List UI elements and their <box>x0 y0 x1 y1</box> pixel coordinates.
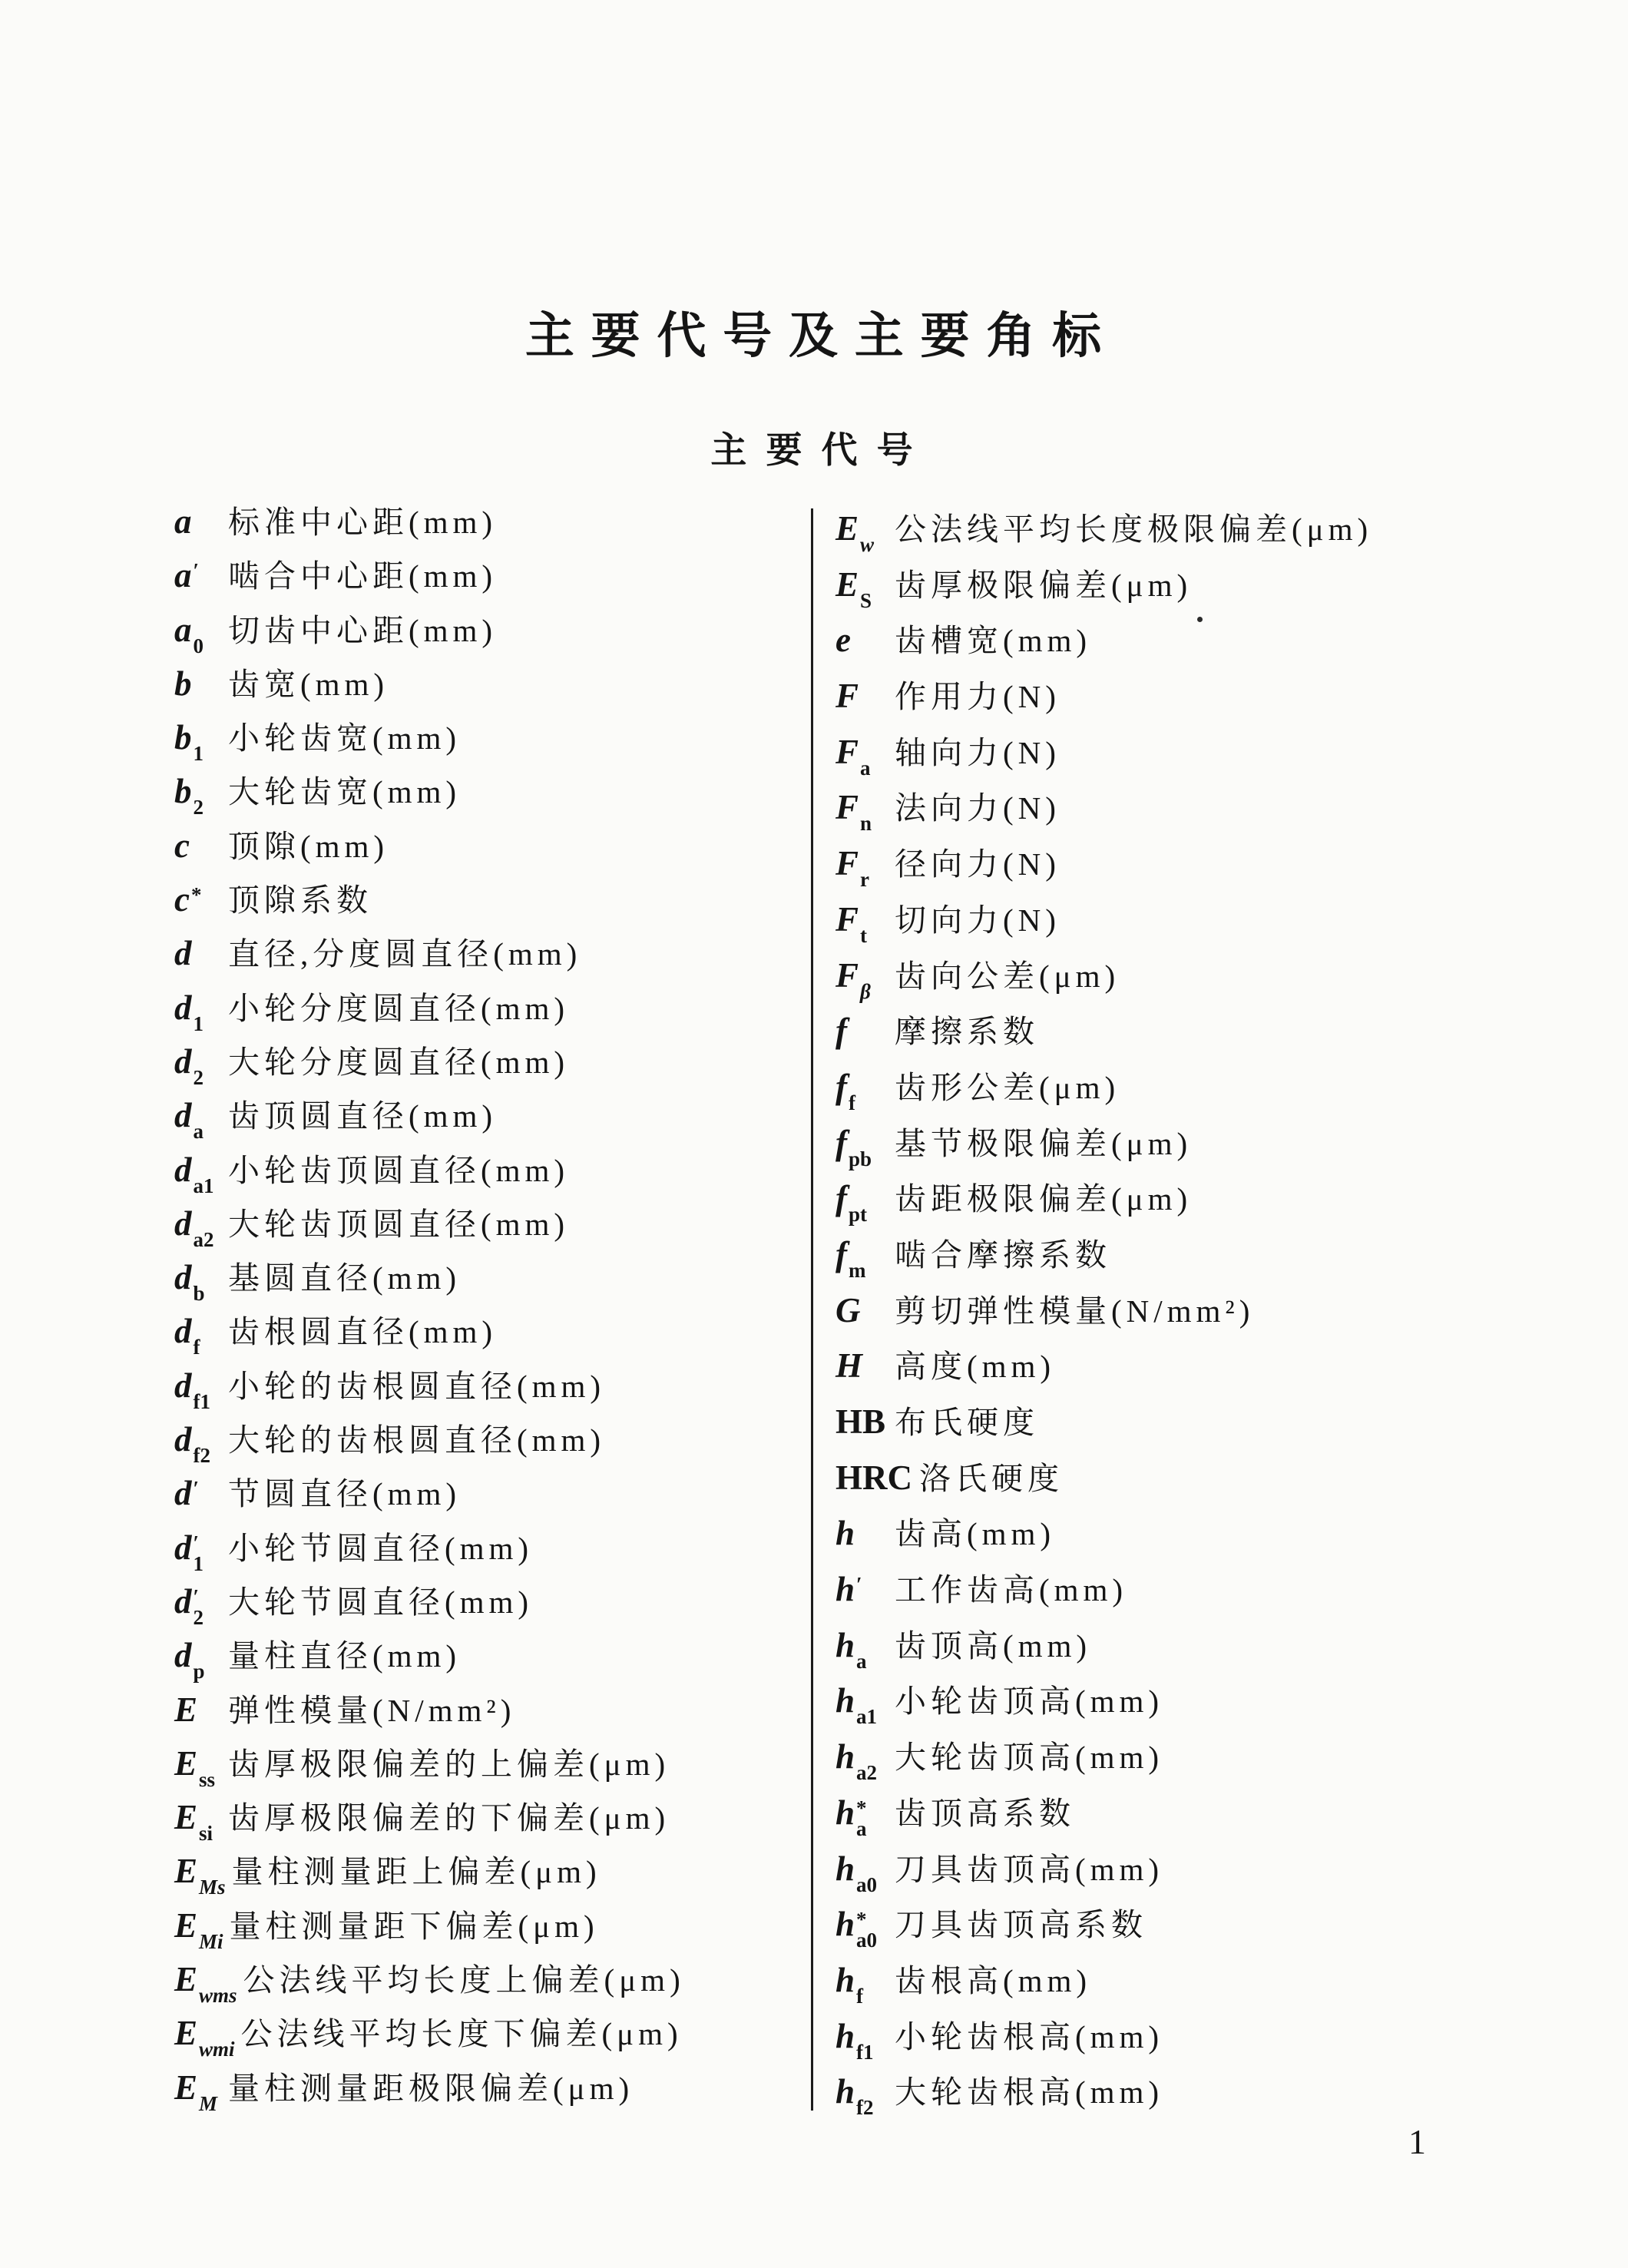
symbol: f <box>836 1014 888 1048</box>
symbol-base: E <box>174 2014 197 2052</box>
symbol-description: 顶隙(mm) <box>228 829 389 864</box>
symbol: Ew <box>836 512 888 555</box>
symbol-subscript: f2 <box>194 1445 211 1466</box>
symbol-subscript: 0 <box>194 636 204 657</box>
symbol-row: h*a0刀具齿顶高系数 <box>836 1897 1542 1953</box>
symbol-subscript: f2 <box>856 2097 874 2118</box>
symbol: h*a <box>836 1796 888 1839</box>
symbol-row: df2大轮的齿根圆直径(mm) <box>174 1413 813 1467</box>
symbol: b1 <box>174 720 222 764</box>
symbol-description: 小轮的齿根圆直径(mm) <box>228 1369 605 1404</box>
symbol: HRC <box>836 1461 912 1495</box>
symbol-base: d <box>174 1636 192 1674</box>
symbol-subscript: a0 <box>856 1875 877 1896</box>
symbol-row: dp量柱直径(mm) <box>174 1629 813 1683</box>
symbol: Fn <box>836 790 888 834</box>
symbol-base: F <box>836 956 859 995</box>
symbol-superscript <box>194 1641 205 1661</box>
symbol-base: h <box>836 1905 855 1943</box>
symbol-base: E <box>174 1690 197 1729</box>
symbol: HB <box>836 1405 888 1439</box>
symbol-superscript: ′ <box>856 1574 862 1595</box>
symbol-row: hf2大轮齿根高(mm) <box>836 2064 1542 2121</box>
symbol: EMs <box>174 1854 226 1898</box>
symbol: df2 <box>174 1422 222 1466</box>
symbol-description: 公法线平均长度上偏差(μm) <box>243 1962 685 1998</box>
symbol-description: 顶隙系数 <box>228 882 372 918</box>
symbol-description: 基节极限偏差(μm) <box>895 1126 1192 1161</box>
symbol-superscript <box>856 2077 874 2097</box>
symbol-base: E <box>174 1744 197 1783</box>
symbol: b2 <box>174 774 222 818</box>
symbol-scripts: 2 <box>194 1047 204 1088</box>
symbol-superscript <box>199 1803 213 1823</box>
symbol-scripts: wms <box>199 1965 237 2006</box>
symbol-scripts: f <box>849 1072 855 1114</box>
symbol: EM <box>174 2071 222 2114</box>
symbol-description: 弹性模量(N/mm²) <box>228 1693 515 1728</box>
page-title: 主 要 代 号 及 主 要 角 标 <box>0 309 1628 363</box>
symbol-description: 齿厚极限偏差(μm) <box>895 568 1192 603</box>
symbol-description: 量柱测量距下偏差(μm) <box>230 1909 599 1944</box>
symbol: ha2 <box>836 1740 888 1783</box>
symbol-subscript: wmi <box>199 2039 235 2060</box>
symbol-superscript <box>194 1101 204 1121</box>
symbol: ha0 <box>836 1852 888 1896</box>
symbol-row: Esi齿厚极限偏差的下偏差(μm) <box>174 1791 813 1845</box>
symbol-superscript: ′ <box>194 1587 204 1607</box>
symbol-subscript: 1 <box>194 743 204 764</box>
symbol-superscript <box>199 1856 226 1877</box>
symbol-base: c <box>174 826 190 865</box>
symbol-subscript: a1 <box>194 1176 214 1197</box>
symbol-superscript <box>860 793 872 813</box>
symbol-base: h <box>836 1514 855 1552</box>
symbol-scripts: pt <box>849 1184 867 1225</box>
symbol-scripts: w <box>860 514 874 555</box>
symbol-row: d′2大轮节圆直径(mm) <box>174 1575 813 1629</box>
symbol-row: df1小轮的齿根圆直径(mm) <box>174 1359 813 1413</box>
symbol-row: F作用力(N) <box>836 669 1542 725</box>
symbol-base: f <box>836 1235 847 1273</box>
symbol-scripts: Ms <box>199 1856 226 1898</box>
symbol-subscript <box>194 581 200 602</box>
symbol-description: 摩擦系数 <box>895 1014 1039 1049</box>
symbol: fpb <box>836 1126 888 1170</box>
symbol-subscript: m <box>849 1260 866 1281</box>
symbol-subscript: a2 <box>856 1763 877 1783</box>
symbol: h <box>836 1516 888 1551</box>
symbol-superscript <box>199 2018 235 2039</box>
symbol-description: 切齿中心距(mm) <box>228 613 497 648</box>
symbol-base: H <box>836 1346 862 1385</box>
symbol: d2 <box>174 1045 222 1088</box>
symbol-row: h′工作齿高(mm) <box>836 1562 1542 1618</box>
symbol-scripts: 0 <box>194 615 204 657</box>
symbol-description: 高度(mm) <box>895 1349 1055 1384</box>
symbol-superscript <box>199 1749 215 1770</box>
symbol: Fβ <box>836 959 888 1002</box>
symbol-description: 大轮齿宽(mm) <box>228 774 461 810</box>
symbol-subscript: M <box>199 2094 217 2114</box>
symbol-row: EM量柱测量距极限偏差(μm) <box>174 2061 813 2115</box>
symbol-list-right-column: Ew公法线平均长度极限偏差(μm)ES齿厚极限偏差(μm)e齿槽宽(mm)F作用… <box>836 502 1542 2121</box>
symbol-row: ff齿形公差(μm) <box>836 1060 1542 1116</box>
symbol-description: 齿顶圆直径(mm) <box>228 1098 497 1134</box>
symbol-scripts: f1 <box>856 2021 874 2063</box>
symbol-subscript: a <box>860 758 871 779</box>
symbol-subscript: b <box>194 1283 205 1304</box>
symbol-list-left-column: a标准中心距(mm)a′啮合中心距(mm)a0切齿中心距(mm)b齿宽(mm)b… <box>174 495 813 2115</box>
symbol-superscript <box>199 2073 217 2094</box>
symbol-row: ha齿顶高(mm) <box>836 1618 1542 1674</box>
symbol-superscript: * <box>856 1798 867 1819</box>
symbol: a′ <box>174 558 222 602</box>
symbol-scripts: 1 <box>194 993 204 1035</box>
symbol-subscript: Ms <box>199 1877 226 1898</box>
symbol-subscript: f1 <box>856 2042 874 2063</box>
symbol-description: 大轮齿顶圆直径(mm) <box>228 1207 569 1242</box>
symbol-description: 直径,分度圆直径(mm) <box>228 936 581 972</box>
symbol-subscript: a1 <box>856 1707 877 1727</box>
symbol-scripts: β <box>860 961 871 1002</box>
symbol-base: a <box>174 611 192 649</box>
symbol-base: d <box>174 1366 192 1405</box>
symbol-base: h <box>836 2072 855 2111</box>
symbol-row: Ess齿厚极限偏差的上偏差(μm) <box>174 1737 813 1791</box>
symbol-scripts: ′2 <box>194 1587 204 1628</box>
symbol-subscript: 1 <box>194 1014 204 1035</box>
symbol: E <box>174 1693 222 1727</box>
symbol-scripts: f2 <box>194 1425 211 1466</box>
symbol-subscript: w <box>860 535 874 555</box>
symbol-description: 小轮节圆直径(mm) <box>228 1531 533 1566</box>
symbol-base: E <box>174 1960 197 1998</box>
symbol-description: 小轮齿顶圆直径(mm) <box>228 1153 569 1188</box>
symbol: Fr <box>836 846 888 890</box>
symbol-subscript: f1 <box>194 1392 211 1412</box>
symbol-superscript <box>194 1371 211 1392</box>
symbol-scripts: f1 <box>194 1371 211 1412</box>
symbol-base: F <box>836 788 859 826</box>
symbol: Ewms <box>174 1962 237 2006</box>
symbol: G <box>836 1293 888 1328</box>
symbol: H <box>836 1349 888 1383</box>
symbol-superscript <box>199 1911 223 1932</box>
symbol-description: 法向力(N) <box>895 790 1061 826</box>
symbol-base: h <box>836 1737 855 1776</box>
symbol-description: 小轮齿顶高(mm) <box>895 1684 1163 1719</box>
symbol-description: 齿槽宽(mm) <box>895 623 1091 658</box>
symbol-row: b2大轮齿宽(mm) <box>174 765 813 819</box>
symbol-subscript: 2 <box>194 797 204 818</box>
symbol-base: d <box>174 1096 192 1134</box>
symbol-scripts: a1 <box>194 1155 214 1197</box>
symbol-base: f <box>836 1068 847 1106</box>
symbol: d1 <box>174 991 222 1035</box>
symbol-base: F <box>836 900 859 939</box>
symbol-description: 齿根圆直径(mm) <box>228 1314 497 1349</box>
symbol-subscript <box>191 906 202 926</box>
symbol: h′ <box>836 1572 888 1616</box>
symbol-description: 公法线平均长度下偏差(μm) <box>241 2016 683 2051</box>
symbol: Ft <box>836 902 888 946</box>
symbol-description: 标准中心距(mm) <box>228 505 497 540</box>
symbol-superscript <box>194 776 204 797</box>
symbol-base: d <box>174 988 192 1027</box>
symbol-description: 齿宽(mm) <box>228 667 389 702</box>
section-subtitle: 主 要 代 号 <box>0 430 1628 470</box>
symbol-base: h <box>836 1849 855 1888</box>
symbol-description: 齿距极限偏差(μm) <box>895 1181 1192 1217</box>
symbol-row: d1小轮分度圆直径(mm) <box>174 982 813 1035</box>
symbol-description: 量柱测量距上偏差(μm) <box>232 1854 601 1889</box>
symbol-description: 大轮齿顶高(mm) <box>895 1740 1163 1775</box>
symbol-superscript <box>856 2021 874 2042</box>
symbol-row: fpt齿距极限偏差(μm) <box>836 1171 1542 1227</box>
symbol-superscript: * <box>191 885 202 906</box>
symbol: b <box>174 667 222 701</box>
symbol-superscript <box>849 1072 855 1093</box>
symbol-superscript <box>860 905 867 925</box>
symbol-row: Fβ齿向公差(μm) <box>836 949 1542 1005</box>
symbol-subscript: 1 <box>194 1554 204 1574</box>
symbol-base: HB <box>836 1402 885 1441</box>
symbol-scripts: a1 <box>856 1686 877 1727</box>
symbol-description: 洛氏硬度 <box>919 1461 1064 1496</box>
symbol-subscript <box>856 1595 862 1616</box>
symbol-row: H高度(mm) <box>836 1339 1542 1395</box>
symbol-subscript: a2 <box>194 1230 214 1250</box>
symbol-row: G剪切弹性模量(N/mm²) <box>836 1283 1542 1339</box>
symbol-base: h <box>836 2017 855 2055</box>
symbol-description: 齿形公差(μm) <box>895 1070 1120 1105</box>
symbol-row: df齿根圆直径(mm) <box>174 1305 813 1359</box>
symbol-subscript: ss <box>199 1770 215 1790</box>
symbol-row: db基圆直径(mm) <box>174 1251 813 1305</box>
symbol-scripts: a2 <box>856 1742 877 1783</box>
symbol-superscript <box>194 615 204 636</box>
symbol-row: HB布氏硬度 <box>836 1395 1542 1451</box>
symbol: c <box>174 829 222 863</box>
symbol-scripts: a <box>194 1101 204 1142</box>
symbol-base: b <box>174 718 192 757</box>
symbol-row: h齿高(mm) <box>836 1506 1542 1562</box>
symbol-description: 工作齿高(mm) <box>895 1572 1127 1607</box>
symbol-subscript: 2 <box>194 1607 204 1628</box>
symbol-base: b <box>174 772 192 810</box>
symbol-superscript <box>199 1965 237 1985</box>
symbol-subscript: pb <box>849 1149 872 1170</box>
symbol-base: a <box>174 502 192 541</box>
symbol: d′2 <box>174 1584 222 1628</box>
symbol-superscript <box>194 1263 205 1283</box>
symbol: da1 <box>174 1153 222 1197</box>
symbol-row: EMi量柱测量距下偏差(μm) <box>174 1899 813 1953</box>
symbol-row: E弹性模量(N/mm²) <box>174 1684 813 1737</box>
symbol-base: E <box>836 565 859 604</box>
symbol-scripts: *a0 <box>856 1909 877 1951</box>
symbol-subscript: S <box>860 591 872 611</box>
symbol-base: G <box>836 1291 861 1329</box>
symbol: ha1 <box>836 1684 888 1727</box>
symbol-base: d <box>174 1528 192 1567</box>
symbol-subscript: f <box>194 1337 200 1358</box>
symbol-row: d直径,分度圆直径(mm) <box>174 927 813 981</box>
symbol-row: EMs量柱测量距上偏差(μm) <box>174 1845 813 1899</box>
symbol-scripts: m <box>849 1240 866 1281</box>
symbol-description: 啮合摩擦系数 <box>895 1237 1111 1273</box>
symbol-scripts: f2 <box>856 2077 874 2118</box>
symbol-description: 小轮齿根高(mm) <box>895 2019 1163 2054</box>
symbol-base: F <box>836 844 859 882</box>
symbol-row: ha1小轮齿顶高(mm) <box>836 1674 1542 1730</box>
symbol-base: f <box>836 1011 847 1050</box>
symbol-superscript <box>849 1128 872 1149</box>
symbol-row: Fr径向力(N) <box>836 836 1542 892</box>
symbol-row: h*a齿顶高系数 <box>836 1786 1542 1842</box>
symbol-base: E <box>174 2068 197 2107</box>
symbol-base: f <box>836 1124 847 1162</box>
symbol-superscript <box>860 961 871 982</box>
symbol: da2 <box>174 1207 222 1250</box>
symbol-base: h <box>836 1681 855 1720</box>
symbol-description: 剪切弹性模量(N/mm²) <box>895 1293 1254 1329</box>
symbol: db <box>174 1260 222 1304</box>
symbol-subscript: n <box>860 813 872 834</box>
symbol-scripts: a0 <box>856 1854 877 1896</box>
symbol-superscript <box>856 1854 877 1875</box>
symbol-base: d <box>174 1582 192 1621</box>
symbol-description: 轴向力(N) <box>895 735 1061 770</box>
symbol-superscript <box>849 1184 867 1204</box>
scan-artifact-dot <box>1197 617 1203 622</box>
symbol-base: h <box>836 1793 855 1832</box>
symbol-row: Ew公法线平均长度极限偏差(μm) <box>836 502 1542 558</box>
symbol-base: b <box>174 664 192 703</box>
symbol-scripts: * <box>191 885 202 926</box>
symbol-superscript <box>194 1425 211 1445</box>
symbol-description: 量柱测量距极限偏差(μm) <box>228 2071 634 2106</box>
symbol: d <box>174 936 222 971</box>
symbol: a0 <box>174 613 222 657</box>
symbol-scripts: n <box>860 793 872 834</box>
symbol-description: 节圆直径(mm) <box>228 1476 461 1511</box>
symbol-base: d <box>174 1204 192 1243</box>
symbol-scripts: r <box>860 849 869 890</box>
symbol-row: a标准中心距(mm) <box>174 495 813 549</box>
symbol: hf <box>836 1963 888 2007</box>
symbol-superscript <box>194 1155 214 1176</box>
symbol-scripts: wmi <box>199 2018 235 2060</box>
symbol-row: b齿宽(mm) <box>174 657 813 711</box>
symbol: c* <box>174 882 222 926</box>
symbol-superscript <box>860 849 869 869</box>
symbol-subscript: 2 <box>194 1068 204 1088</box>
symbol-row: a0切齿中心距(mm) <box>174 604 813 657</box>
symbol-row: da2大轮齿顶圆直径(mm) <box>174 1197 813 1251</box>
symbol-description: 公法线平均长度极限偏差(μm) <box>895 512 1372 547</box>
symbol-scripts: p <box>194 1641 205 1682</box>
symbol-base: d <box>174 934 192 972</box>
symbol-row: Fn法向力(N) <box>836 780 1542 836</box>
symbol: fm <box>836 1237 888 1281</box>
symbol: d′1 <box>174 1531 222 1574</box>
symbol-description: 齿向公差(μm) <box>895 959 1120 994</box>
symbol-description: 径向力(N) <box>895 846 1061 882</box>
symbol-subscript: si <box>199 1823 213 1844</box>
symbol-subscript: a <box>856 1819 867 1839</box>
symbol-description: 大轮分度圆直径(mm) <box>228 1045 569 1080</box>
symbol-subscript: β <box>860 982 871 1002</box>
symbol-row: fm啮合摩擦系数 <box>836 1227 1542 1283</box>
symbol-description: 齿厚极限偏差的下偏差(μm) <box>228 1800 670 1836</box>
symbol-subscript: pt <box>849 1204 867 1225</box>
symbol-scripts: S <box>860 570 872 611</box>
symbol-superscript: ′ <box>194 1478 200 1499</box>
symbol-superscript <box>194 993 204 1014</box>
document-page: 主 要 代 号 及 主 要 角 标 主 要 代 号 a标准中心距(mm)a′啮合… <box>0 0 1628 2268</box>
symbol-subscript: wms <box>199 1985 237 2006</box>
symbol-description: 小轮分度圆直径(mm) <box>228 991 569 1026</box>
symbol-base: E <box>174 1798 197 1836</box>
symbol-row: e齿槽宽(mm) <box>836 613 1542 669</box>
symbol: df <box>174 1314 222 1358</box>
symbol-base: E <box>174 1852 197 1890</box>
symbol-description: 大轮节圆直径(mm) <box>228 1584 533 1620</box>
symbol-scripts: a <box>860 737 871 779</box>
symbol-scripts: ′ <box>194 1478 200 1520</box>
symbol-description: 布氏硬度 <box>895 1405 1039 1440</box>
symbol-description: 基圆直径(mm) <box>228 1260 461 1296</box>
symbol-base: d <box>174 1312 192 1350</box>
symbol-base: d <box>174 1474 192 1512</box>
symbol-description: 齿根高(mm) <box>895 1963 1091 1998</box>
symbol-superscript <box>860 570 872 591</box>
symbol-description: 大轮的齿根圆直径(mm) <box>228 1422 605 1458</box>
symbol-superscript <box>194 1209 214 1230</box>
symbol-superscript <box>856 1686 877 1707</box>
symbol-superscript: ′ <box>194 1533 204 1554</box>
symbol-superscript <box>860 737 871 758</box>
symbol-subscript: p <box>194 1661 205 1682</box>
symbol-superscript <box>194 723 204 743</box>
symbol-row: c顶隙(mm) <box>174 819 813 873</box>
symbol-superscript <box>194 1316 200 1337</box>
symbol-subscript: f <box>849 1093 855 1114</box>
symbol: Fa <box>836 735 888 779</box>
symbol-subscript <box>194 1499 200 1520</box>
symbol-base: c <box>174 880 190 919</box>
symbol-description: 作用力(N) <box>895 679 1061 714</box>
symbol-row: d′1小轮节圆直径(mm) <box>174 1521 813 1575</box>
symbol-scripts: ′1 <box>194 1533 204 1574</box>
symbol-superscript: ′ <box>194 561 200 581</box>
symbol-scripts: a2 <box>194 1209 214 1250</box>
symbol-row: Ewmi公法线平均长度下偏差(μm) <box>174 2007 813 2061</box>
symbol-row: Ewms公法线平均长度上偏差(μm) <box>174 1953 813 2007</box>
symbol-row: hf齿根高(mm) <box>836 1953 1542 2009</box>
symbol: d′ <box>174 1476 222 1520</box>
symbol-row: ha2大轮齿顶高(mm) <box>836 1730 1542 1786</box>
symbol-description: 刀具齿顶高(mm) <box>895 1852 1163 1887</box>
symbol-subscript: Mi <box>199 1932 223 1952</box>
symbol: F <box>836 679 888 714</box>
symbol-description: 大轮齿根高(mm) <box>895 2074 1163 2110</box>
symbol-row: hf1小轮齿根高(mm) <box>836 2009 1542 2065</box>
symbol: da <box>174 1098 222 1142</box>
symbol-description: 齿顶高(mm) <box>895 1628 1091 1664</box>
